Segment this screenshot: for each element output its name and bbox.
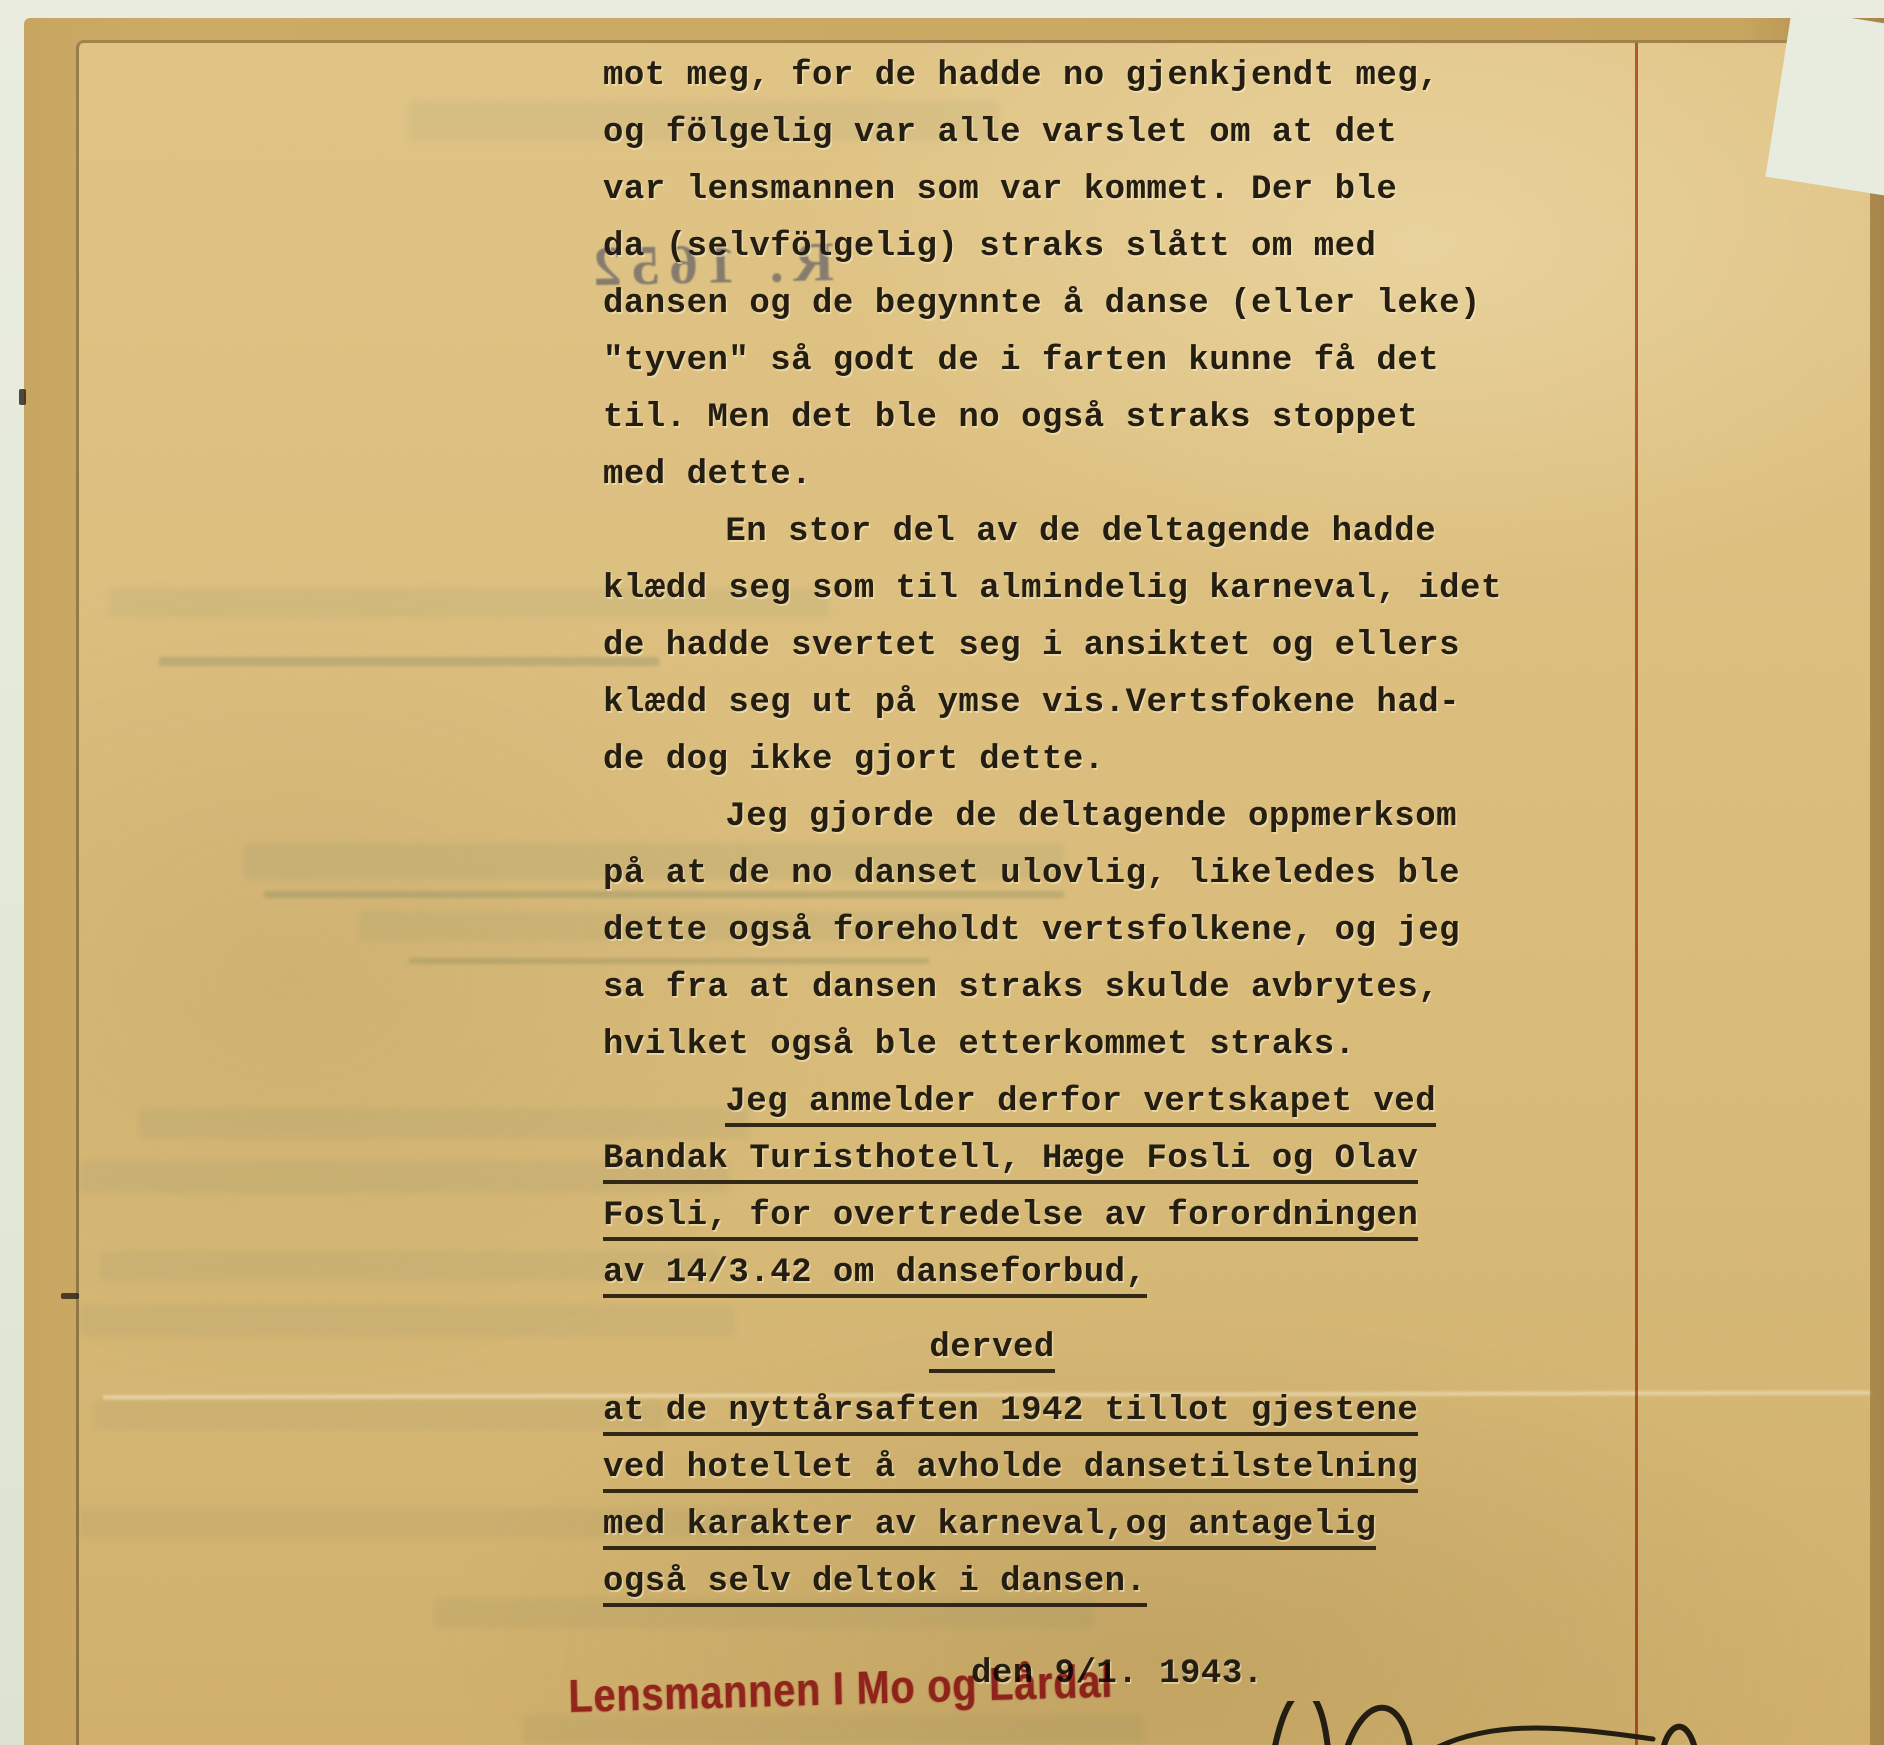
typed-line: Bandak Turisthotell, Hæge Fosli og Olav bbox=[603, 1131, 1753, 1188]
paper-page: R. 1652 mot meg, for de hadde no gjenkje… bbox=[76, 40, 1870, 1745]
typed-body: mot meg, for de hadde no gjenkjendt meg,… bbox=[603, 48, 1753, 1611]
office-stamp: Lensmannen I Mo og Lårdal bbox=[568, 1654, 1114, 1723]
typed-line: dette også foreholdt vertsfolkene, og je… bbox=[603, 903, 1753, 960]
typed-line: av 14/3.42 om danseforbud, bbox=[603, 1245, 1753, 1302]
typed-line: Jeg gjorde de deltagende oppmerksom bbox=[603, 789, 1753, 846]
bleedthrough-rule bbox=[159, 657, 659, 666]
typed-line: Jeg anmelder derfor vertskapet ved bbox=[603, 1074, 1753, 1131]
signature bbox=[1268, 1701, 1698, 1745]
typed-line: var lensmannen som var kommet. Der ble bbox=[603, 162, 1753, 219]
typed-line: dansen og de begynnte å danse (eller lek… bbox=[603, 276, 1753, 333]
typed-line: Fosli, for overtredelse av forordningen bbox=[603, 1188, 1753, 1245]
typed-line: derved bbox=[603, 1320, 1753, 1377]
typed-line: med karakter av karneval,og antagelig bbox=[603, 1497, 1753, 1554]
typed-line: og fölgelig var alle varslet om at det bbox=[603, 105, 1753, 162]
typed-line: til. Men det ble no også straks stoppet bbox=[603, 390, 1753, 447]
typed-line: klædd seg ut på ymse vis.Vertsfokene had… bbox=[603, 675, 1753, 732]
typed-line: En stor del av de deltagende hadde bbox=[603, 504, 1753, 561]
bleedthrough-line bbox=[94, 1401, 664, 1429]
scanned-document: R. 1652 mot meg, for de hadde no gjenkje… bbox=[0, 0, 1884, 1745]
typed-line: sa fra at dansen straks skulde avbrytes, bbox=[603, 960, 1753, 1017]
typed-line: på at de no danset ulovlig, likeledes bl… bbox=[603, 846, 1753, 903]
ink-speck bbox=[19, 389, 26, 405]
typed-line: ved hotellet å avholde dansetilstelning bbox=[603, 1440, 1753, 1497]
typed-line: hvilket også ble etterkommet straks. bbox=[603, 1017, 1753, 1074]
typed-line: at de nyttårsaften 1942 tillot gjestene bbox=[603, 1383, 1753, 1440]
typed-line: da (selvfölgelig) straks slått om med bbox=[603, 219, 1753, 276]
typed-line: klædd seg som til almindelig karneval, i… bbox=[603, 561, 1753, 618]
typed-line: de dog ikke gjort dette. bbox=[603, 732, 1753, 789]
typed-line: mot meg, for de hadde no gjenkjendt meg, bbox=[603, 48, 1753, 105]
typed-line: "tyven" så godt de i farten kunne få det bbox=[603, 333, 1753, 390]
typed-line: de hadde svertet seg i ansiktet og eller… bbox=[603, 618, 1753, 675]
typed-line: med dette. bbox=[603, 447, 1753, 504]
typed-line: også selv deltok i dansen. bbox=[603, 1554, 1753, 1611]
ink-speck bbox=[61, 1293, 79, 1299]
